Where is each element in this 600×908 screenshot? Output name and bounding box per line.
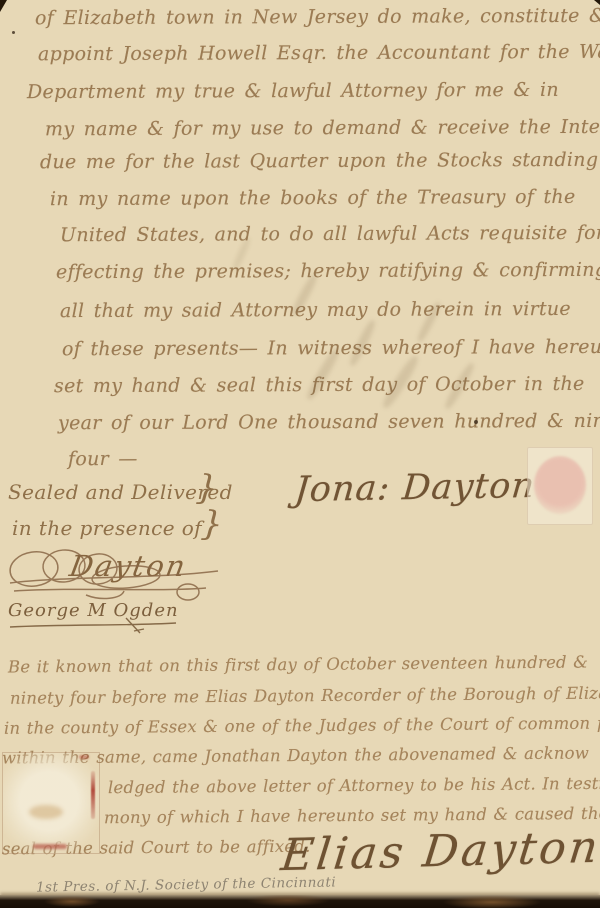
body-line: United States, and to do all lawful Acts… — [60, 222, 600, 246]
scanned-document: of Elizabeth town in New Jersey do make,… — [0, 0, 600, 908]
witness-signature: George M Ogden — [8, 600, 198, 634]
scan-corner-mark — [0, 0, 7, 12]
body-line: in my name upon the books of the Treasur… — [50, 186, 576, 210]
struck-witness-signature: Dayton — [6, 543, 241, 603]
body-line: four — — [68, 448, 138, 470]
wax-red-streak — [91, 771, 95, 819]
body-line: of Elizabeth town in New Jersey do make,… — [35, 5, 600, 29]
attestation-presence-line: in the presence of — [12, 516, 202, 540]
body-line: all that my said Attorney may do herein … — [60, 298, 571, 322]
witness-signature-text: George M Ogden — [8, 600, 179, 621]
attestation-brace: } — [195, 467, 219, 508]
notary-paper-seal — [527, 447, 593, 525]
body-line: due me for the last Quarter upon the Sto… — [40, 149, 598, 173]
pencil-annotation: 1st Pres. of N.J. Society of the Cincinn… — [36, 874, 336, 895]
attestation-brace: } — [200, 503, 224, 544]
body-line: my name & for my use to demand & receive… — [45, 116, 600, 141]
notary-line: ninety four before me Elias Dayton Recor… — [10, 683, 600, 708]
body-line: appoint Joseph Howell Esqr. the Accounta… — [38, 41, 600, 66]
notary-line: in the county of Essex & one of the Judg… — [4, 713, 600, 738]
body-line: Department my true & lawful Attorney for… — [27, 79, 559, 103]
principal-signature: Jona: Dayton — [293, 466, 537, 510]
notary-signature: Elias Dayton — [279, 822, 600, 881]
wax-red-smudge — [33, 844, 67, 849]
seal-stain — [29, 805, 63, 819]
seal-pink-blob — [534, 456, 586, 514]
wax-red-fleck — [79, 755, 89, 759]
ink-speck — [12, 31, 15, 34]
ink-speck — [474, 420, 478, 424]
body-line: year of our Lord One thousand seven hund… — [58, 410, 600, 435]
body-line: effecting the premises; hereby ratifying… — [56, 259, 600, 283]
scan-background-strip — [0, 895, 600, 908]
struck-signature-text: Dayton — [67, 549, 190, 583]
notary-line: ledged the above letter of Attorney to b… — [108, 774, 600, 797]
notary-line: Be it known that on this first day of Oc… — [8, 652, 588, 676]
wax-seal-remnant — [2, 752, 100, 854]
